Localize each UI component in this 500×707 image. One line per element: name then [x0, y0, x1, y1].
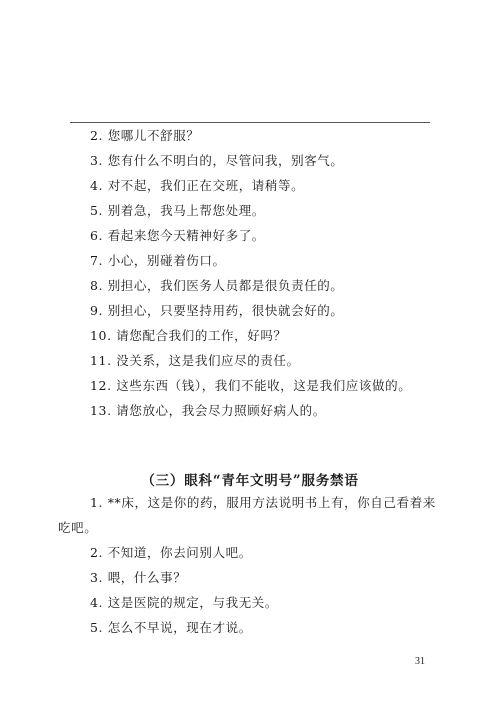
forbidden-item-4: 4. 这是医院的规定，与我无关。 [90, 595, 278, 611]
forbidden-item-3: 3. 喂，什么事？ [90, 570, 186, 586]
phrase-item-2: 2. 您哪儿不舒服？ [90, 128, 199, 144]
phrase-item-11: 11. 没关系，这是我们应尽的责任。 [90, 353, 300, 369]
phrase-item-4: 4. 对不起，我们正在交班，请稍等。 [90, 178, 304, 194]
forbidden-item-1-cont: 吃吧。 [58, 520, 97, 536]
forbidden-item-1: 1. **床，这是你的药，服用方法说明书上有，你自己看着来 [90, 495, 436, 511]
phrase-item-13: 13. 请您放心，我会尽力照顾好病人的。 [90, 403, 326, 419]
header-rule [70, 122, 430, 123]
phrase-item-7: 7. 小心，别碰着伤口。 [90, 253, 226, 269]
phrase-item-9: 9. 别担心，只要坚持用药，很快就会好的。 [90, 303, 344, 319]
phrase-item-12: 12. 这些东西（钱），我们不能收，这是我们应该做的。 [90, 378, 411, 394]
phrase-item-3: 3. 您有什么不明白的，尽管问我，别客气。 [90, 153, 344, 169]
phrase-item-8: 8. 别担心，我们医务人员都是很负责任的。 [90, 278, 344, 294]
section-heading: （三）眼科“青年文明号”服务禁语 [0, 469, 500, 489]
phrase-item-10: 10. 请您配合我们的工作，好吗？ [90, 328, 287, 344]
phrase-item-5: 5. 别着急，我马上帮您处理。 [90, 203, 265, 219]
forbidden-item-2: 2. 不知道，你去问别人吧。 [90, 545, 252, 561]
phrase-item-6: 6. 看起来您今天精神好多了。 [90, 228, 265, 244]
forbidden-item-5: 5. 怎么不早说，现在才说。 [90, 620, 252, 636]
page-number: 31 [415, 656, 425, 667]
